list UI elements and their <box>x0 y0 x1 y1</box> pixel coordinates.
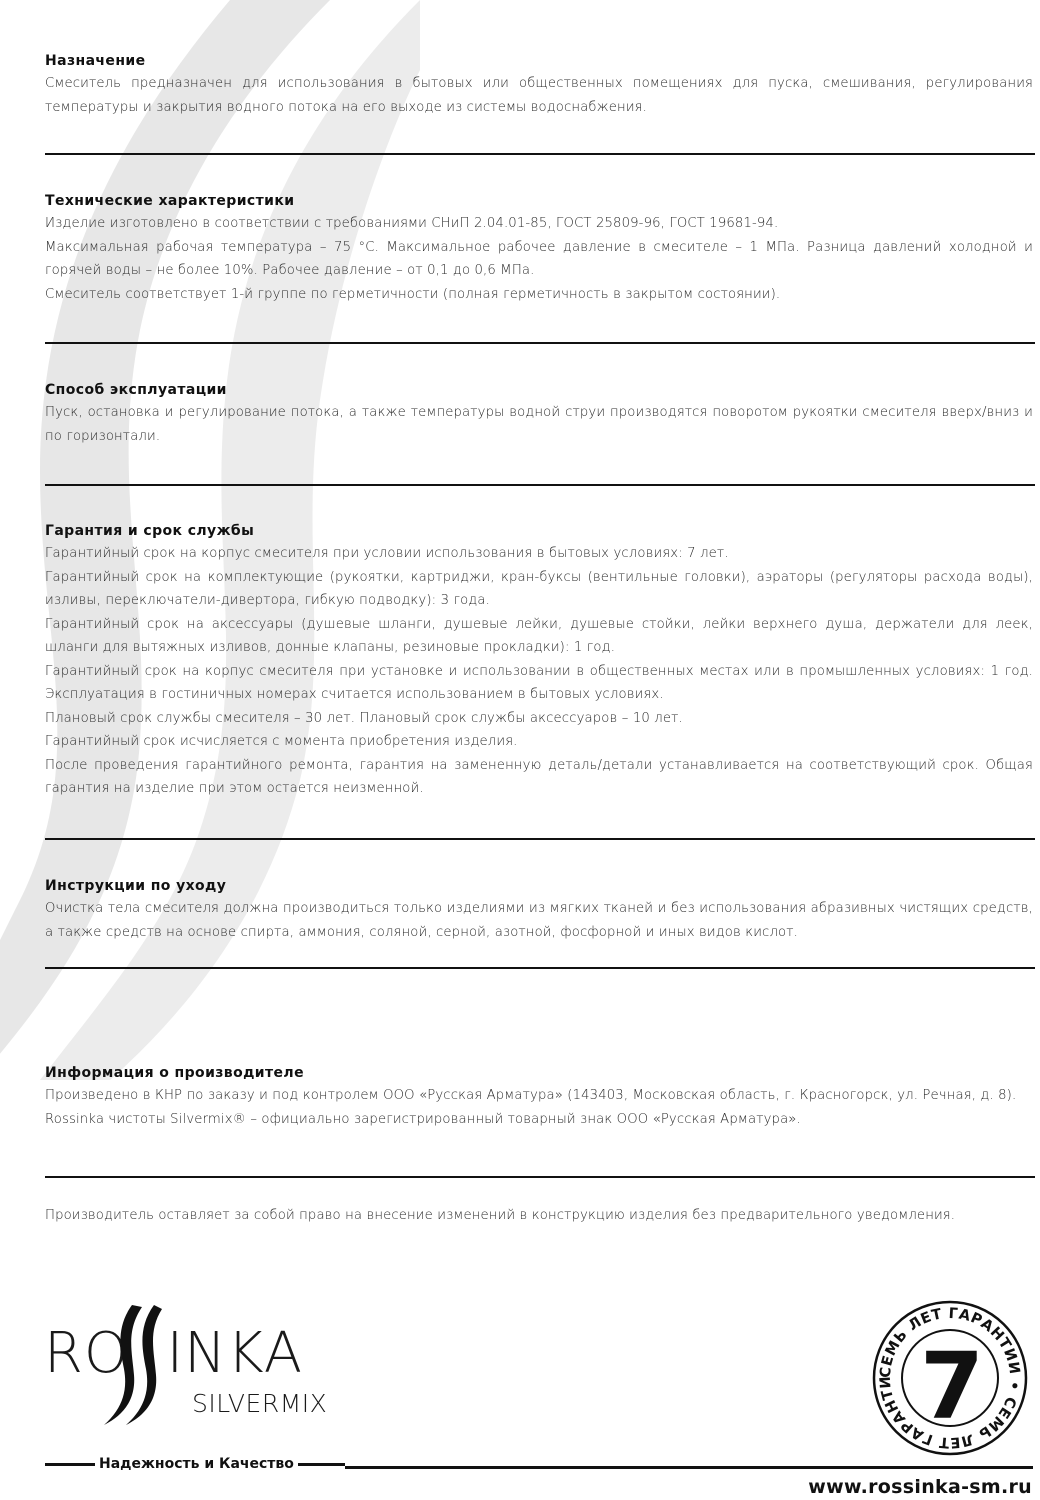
section-title: Технические характеристики <box>45 192 1033 210</box>
tagline-text: Надежность и Качество <box>95 1456 298 1472</box>
section-warranty: Гарантия и срок службы Гарантийный срок … <box>45 522 1033 801</box>
paragraph: Гарантийный срок на корпус смесителя при… <box>45 542 1033 566</box>
section-title: Инструкции по уходу <box>45 877 1033 895</box>
disclaimer: Производитель оставляет за собой право н… <box>45 1204 1033 1228</box>
website-link[interactable]: www.rossinka-sm.ru <box>808 1476 1032 1498</box>
paragraph: Гарантийный срок исчисляется с момента п… <box>45 730 1033 754</box>
paragraph: Смеситель предназначен для использования… <box>45 72 1033 119</box>
paragraph: Очистка тела смесителя должна производит… <box>45 897 1033 944</box>
paragraph: Пуск, остановка и регулирование потока, … <box>45 401 1033 448</box>
tagline: Надежность и Качество <box>45 1456 345 1472</box>
section-title: Гарантия и срок службы <box>45 522 1033 540</box>
brand-logo: RO INKA SILVERMIX <box>44 1305 344 1425</box>
paragraph: Плановый срок службы смесителя – 30 лет.… <box>45 707 1033 731</box>
section-operation: Способ эксплуатации Пуск, остановка и ре… <box>45 381 1033 448</box>
paragraph: Максимальная рабочая температура – 75 °С… <box>45 236 1033 283</box>
section-divider <box>45 838 1035 840</box>
section-divider <box>45 967 1035 969</box>
section-divider <box>45 484 1035 486</box>
section-title: Информация о производителе <box>45 1064 1033 1082</box>
footer-rule <box>345 1466 1033 1469</box>
section-title: Способ эксплуатации <box>45 381 1033 399</box>
warranty-seal-icon: СЕМЬ ЛЕТ ГАРАНТИИ • СЕМЬ ЛЕТ ГАРАНТИИ • … <box>872 1300 1028 1456</box>
paragraph: Смеситель соответствует 1-й группе по ге… <box>45 283 1033 307</box>
paragraph: Гарантийный срок на комплектующие (рукоя… <box>45 566 1033 613</box>
logo-subtitle: SILVERMIX <box>192 1389 327 1418</box>
section-divider <box>45 342 1035 344</box>
paragraph: Произведено в КНР по заказу и под контро… <box>45 1084 1033 1108</box>
ss-swoosh-logo-icon <box>102 1305 162 1427</box>
section-title: Назначение <box>45 52 1033 70</box>
paragraph: Гарантийный срок на корпус смесителя при… <box>45 660 1033 707</box>
section-care: Инструкции по уходу Очистка тела смесите… <box>45 877 1033 944</box>
paragraph: После проведения гарантийного ремонта, г… <box>45 754 1033 801</box>
tagline-rule-left <box>45 1463 95 1466</box>
paragraph: Rossinka чистоты Silvermix® – официально… <box>45 1108 1033 1132</box>
section-manufacturer: Информация о производителе Произведено в… <box>45 1064 1033 1131</box>
section-divider <box>45 1176 1035 1178</box>
section-specs: Технические характеристики Изделие изгот… <box>45 192 1033 306</box>
logo-wordmark: RO INKA <box>44 1321 303 1386</box>
paragraph: Гарантийный срок на аксессуары (душевые … <box>45 613 1033 660</box>
stamp-number: 7 <box>920 1333 984 1440</box>
section-divider <box>45 153 1035 155</box>
section-purpose: Назначение Смеситель предназначен для ис… <box>45 52 1033 119</box>
tagline-rule-right <box>298 1463 345 1466</box>
paragraph: Изделие изготовлено в соответствии с тре… <box>45 212 1033 236</box>
disclaimer-text: Производитель оставляет за собой право н… <box>45 1204 1033 1228</box>
